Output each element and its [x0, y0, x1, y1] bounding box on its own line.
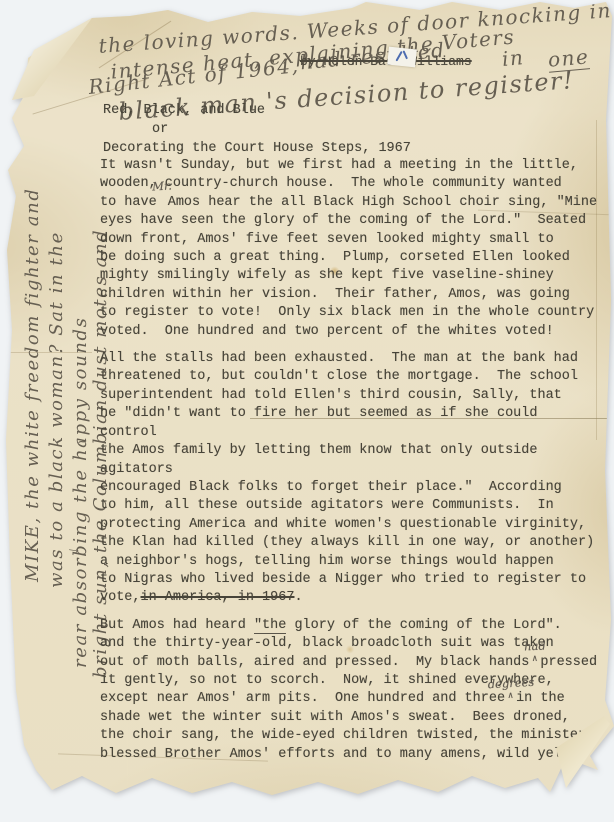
margin-note-line: MIKE, the white freedom fighter and [22, 188, 43, 582]
page-subtitle: Decorating the Court House Steps, 1967 [103, 139, 411, 158]
scanned-manuscript-page: { "scan": { "background_color": "#f0f3f5… [0, 0, 614, 822]
typed-paragraph: But Amos had heard "the glory of the com… [100, 617, 602, 764]
page-title: Red, Black, and Blue [103, 101, 411, 120]
whiteout-patch [387, 47, 417, 68]
typed-paragraph: All the stalls had been exhausted. The m… [100, 350, 602, 608]
paper-sheet: the loving words. Weeks of door knocking… [0, 0, 614, 822]
margin-arrow-mark: → [65, 539, 83, 559]
typed-paragraph: It wasn't Sunday, but we first had a mee… [100, 157, 602, 341]
ink-mark [395, 51, 402, 62]
ink-mark [403, 50, 408, 59]
byline-struck: by Helen Bass Williams [300, 54, 472, 69]
underlined-text: "the [254, 618, 286, 634]
margin-note-line: was to a black woman? Sat in the [46, 231, 67, 588]
struck-text: in America, in 1967 [141, 590, 295, 605]
title-block: Red, Black, and Blue or Decorating the C… [103, 101, 411, 158]
paper-sheet-wrap: the loving words. Weeks of door knocking… [0, 0, 614, 822]
typed-body: It wasn't Sunday, but we first had a mee… [100, 157, 602, 773]
handwritten-note-line: in [501, 45, 525, 71]
margin-note-line: rear absorbing the happy sounds [70, 317, 91, 668]
title-or: or [103, 120, 411, 139]
